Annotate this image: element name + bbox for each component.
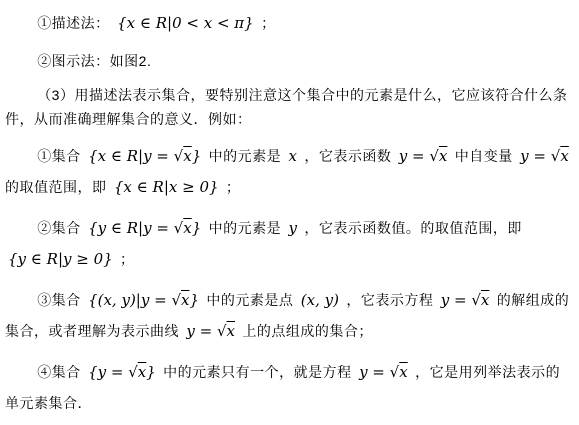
document-body: ①描述法： {x ∈ R|0 < x < π} ；②图示法：如图2.（3）用描述… (0, 0, 579, 419)
math-formula: y = √x (438, 291, 493, 309)
text-run: ③集合 (37, 292, 85, 308)
sqrt-argument: x (183, 147, 191, 165)
math-formula: {y = √x} (85, 363, 159, 381)
text-run: 中的元素是点 (202, 292, 298, 308)
math-formula: {(x, y)|y = √x} (85, 291, 202, 309)
math-formula: (x, y) (298, 291, 342, 309)
sqrt-argument: x (439, 147, 447, 165)
text-run: 中的元素只有一个，就是方程 (159, 364, 356, 380)
math-formula: y = √x (396, 147, 451, 165)
paragraph-note-3-intro: （3）用描述法表示集合，要特别注意这个集合中的元素是什么，它应该符合什么条件，从… (5, 83, 573, 131)
sqrt-radical-symbol: √ (551, 147, 561, 165)
paragraph-example-4: ④集合 {y = √x} 中的元素只有一个，就是方程 y = √x ，它是用列举… (5, 357, 573, 419)
math-formula: {y ∈ R|y ≥ 0} (5, 250, 116, 268)
sqrt-radical-symbol: √ (429, 147, 439, 165)
math-formula: {y ∈ R|y = √x} (85, 219, 204, 237)
text-run: ④集合 (37, 364, 85, 380)
sqrt-radical-symbol: √ (174, 219, 184, 237)
paragraph-item-1-description-method: ①描述法： {x ∈ R|0 < x < π} ； (5, 8, 573, 39)
sqrt-argument: x (183, 219, 191, 237)
math-formula: y = √x (356, 363, 411, 381)
sqrt-radical-symbol: √ (217, 322, 227, 340)
sqrt-argument: x (481, 291, 489, 309)
text-run: ①集合 (37, 148, 85, 164)
text-run: ，它表示函数值。的取值范围，即 (300, 220, 522, 236)
math-formula: {x ∈ R|0 < x < π} (114, 14, 257, 32)
text-run: 上的点组成的集合； (238, 323, 373, 339)
sqrt-radical-symbol: √ (390, 363, 400, 381)
sqrt-radical-symbol: √ (171, 291, 181, 309)
text-run: 的取值范围，即 (5, 179, 111, 195)
math-formula: x (286, 147, 300, 165)
paragraph-example-3: ③集合 {(x, y)|y = √x} 中的元素是点 (x, y) ，它表示方程… (5, 285, 573, 347)
paragraph-item-2-diagram-method: ②图示法：如图2. (5, 49, 573, 73)
sqrt-argument: x (138, 363, 146, 381)
text-run: ①描述法： (37, 15, 114, 31)
text-run: 中的元素是 (204, 148, 285, 164)
text-run: ； (222, 179, 241, 195)
text-run: ，它表示函数 (300, 148, 396, 164)
sqrt-argument: x (399, 363, 407, 381)
math-formula: {x ∈ R|x ≥ 0} (111, 178, 222, 196)
sqrt-argument: x (227, 322, 235, 340)
sqrt-radical-symbol: √ (471, 291, 481, 309)
math-formula: y (286, 219, 300, 237)
text-run: ②图示法：如图2. (37, 53, 151, 69)
paragraph-example-1: ①集合 {x ∈ R|y = √x} 中的元素是 x ，它表示函数 y = √x… (5, 141, 573, 203)
text-run: ，它表示方程 (342, 292, 438, 308)
text-run: （3）用描述法表示集合，要特别注意这个集合中的元素是什么，它应该符合什么条件，从… (5, 87, 567, 127)
sqrt-radical-symbol: √ (174, 147, 184, 165)
text-run: 中的元素是 (204, 220, 285, 236)
paragraph-example-2: ②集合 {y ∈ R|y = √x} 中的元素是 y ，它表示函数值。的取值范围… (5, 213, 573, 275)
text-run: ； (257, 15, 276, 31)
text-run: 中自变量 (450, 148, 517, 164)
sqrt-argument: x (560, 147, 568, 165)
math-formula: y = √x (517, 147, 572, 165)
sqrt-argument: x (181, 291, 189, 309)
text-run: ②集合 (37, 220, 85, 236)
sqrt-radical-symbol: √ (128, 363, 138, 381)
math-formula: {x ∈ R|y = √x} (85, 147, 204, 165)
text-run: ； (116, 251, 135, 267)
math-formula: y = √x (183, 322, 238, 340)
